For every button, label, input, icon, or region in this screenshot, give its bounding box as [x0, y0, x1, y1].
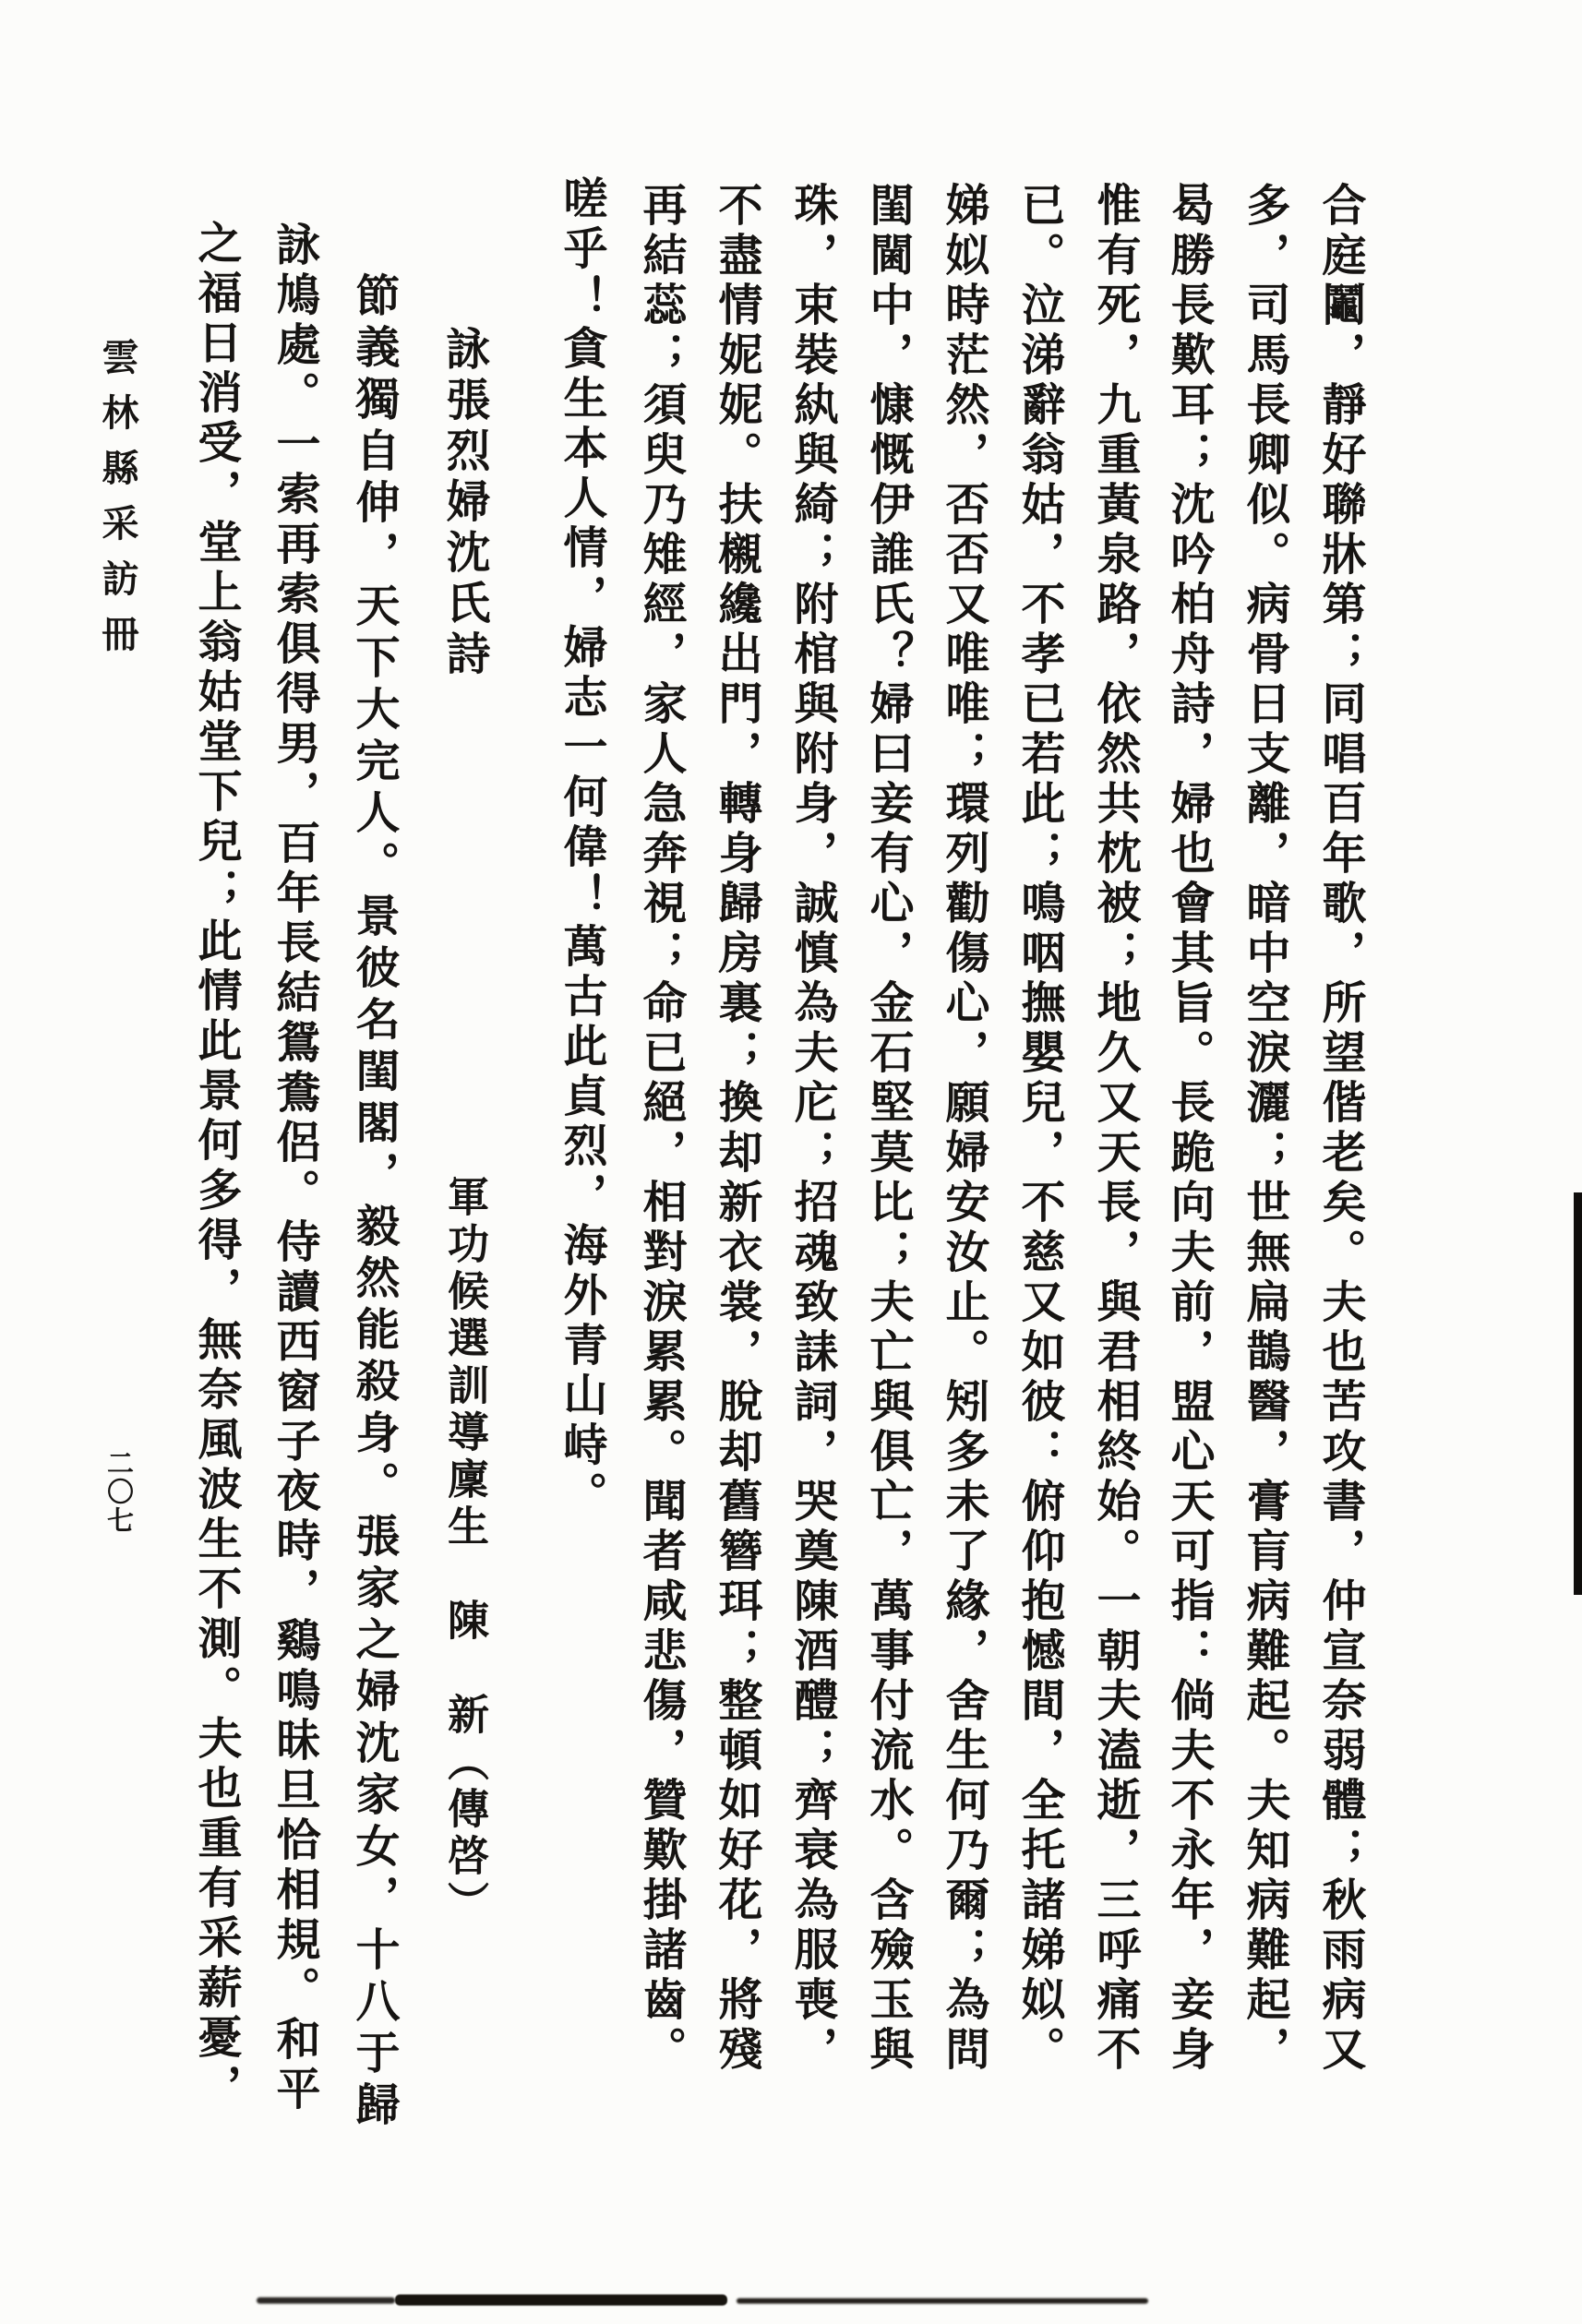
page-number: 二〇七	[96, 1449, 140, 1535]
text-column: 不盡情妮妮。扶櫬纔出門，轉身歸房裏；換却新衣裳，脫却舊簪珥；整頓如好花，將殘	[707, 182, 764, 2076]
smudge-segment	[395, 2294, 727, 2306]
scan-smudge-artifact	[257, 2293, 1148, 2307]
text-column: 再結蕊；須臾乃雉經，家人急奔視；命已絕，相對淚累累。聞者咸悲傷，贊歎掛諸齒。	[631, 182, 689, 2076]
poem-column: 節義獨自伸，天下大完人。景彼名閨閣，毅然能殺身。張家之婦沈家女，十八于歸	[344, 272, 401, 2133]
text-column: 已。泣涕辭翁姑，不孝已若此；鳴咽撫嬰兒，不慈又如彼：俯仰抱憾間，全托諸娣姒。	[1010, 182, 1067, 2076]
smudge-segment	[257, 2297, 395, 2304]
scanned-book-page: 合庭鬮，靜好聯牀第；同唱百年歌，所望偕老矣。夫也苦攻書，仲宣奈弱體；秋雨病又 多…	[0, 0, 1582, 2324]
poem-column: 詠鳩處。一索再索俱得男，百年長結鴛鴦侶。侍讀西窗子夜時，鷄鳴昧旦恰相規。和平	[265, 222, 322, 2115]
text-column: 閨閫中，慷慨伊誰氏？婦曰妾有心，金石堅莫比；夫亡與俱亡，萬事付流水。含殮玉與	[858, 182, 916, 2076]
text-column: 娣姒時茫然，否否又唯唯；環列勸傷心，願婦安汝止。矧多未了緣，舍生何乃爾；為問	[934, 182, 991, 2076]
text-column: 嗟乎！貪生本人情，婦志一何偉！萬古此貞烈，海外青山峙。	[552, 175, 609, 1521]
text-column: 合庭鬮，靜好聯牀第；同唱百年歌，所望偕老矣。夫也苦攻書，仲宣奈弱體；秋雨病又	[1311, 182, 1368, 2076]
text-column: 多，司馬長卿似。病骨日支離，暗中空淚灑；世無扁鵲醫，膏肓病難起。夫知病難起，	[1235, 182, 1292, 2076]
smudge-segment	[737, 2298, 1148, 2304]
text-column: 曷勝長歎耳；沈吟柏舟詩，婦也會其旨。長跪向夫前，盟心天可指：倘夫不永年，妾身	[1159, 182, 1216, 2076]
poem-author-attribution: 軍功候選訓導廩生 陳 新（傳啓）	[437, 1175, 491, 1928]
text-column: 珠，束裝紈與綺；附棺與附身，誠慎為夫庀；招魂致誄詞，哭奠陳酒醴；齊衰為服喪，	[783, 182, 840, 2076]
right-edge-scan-mark	[1574, 1192, 1582, 1595]
poem-column: 之福日消受，堂上翁姑堂下兒；此情此景何多得，無奈風波生不測。夫也重有采薪憂，	[186, 220, 244, 2114]
poem-title: 詠張烈婦沈氏詩	[435, 326, 492, 681]
book-title-header: 雲林縣采訪冊	[92, 338, 142, 670]
text-column: 惟有死，九重黃泉路，依然共枕被；地久又天長，與君相終始。一朝夫溘逝，三呼痛不	[1085, 182, 1143, 2076]
